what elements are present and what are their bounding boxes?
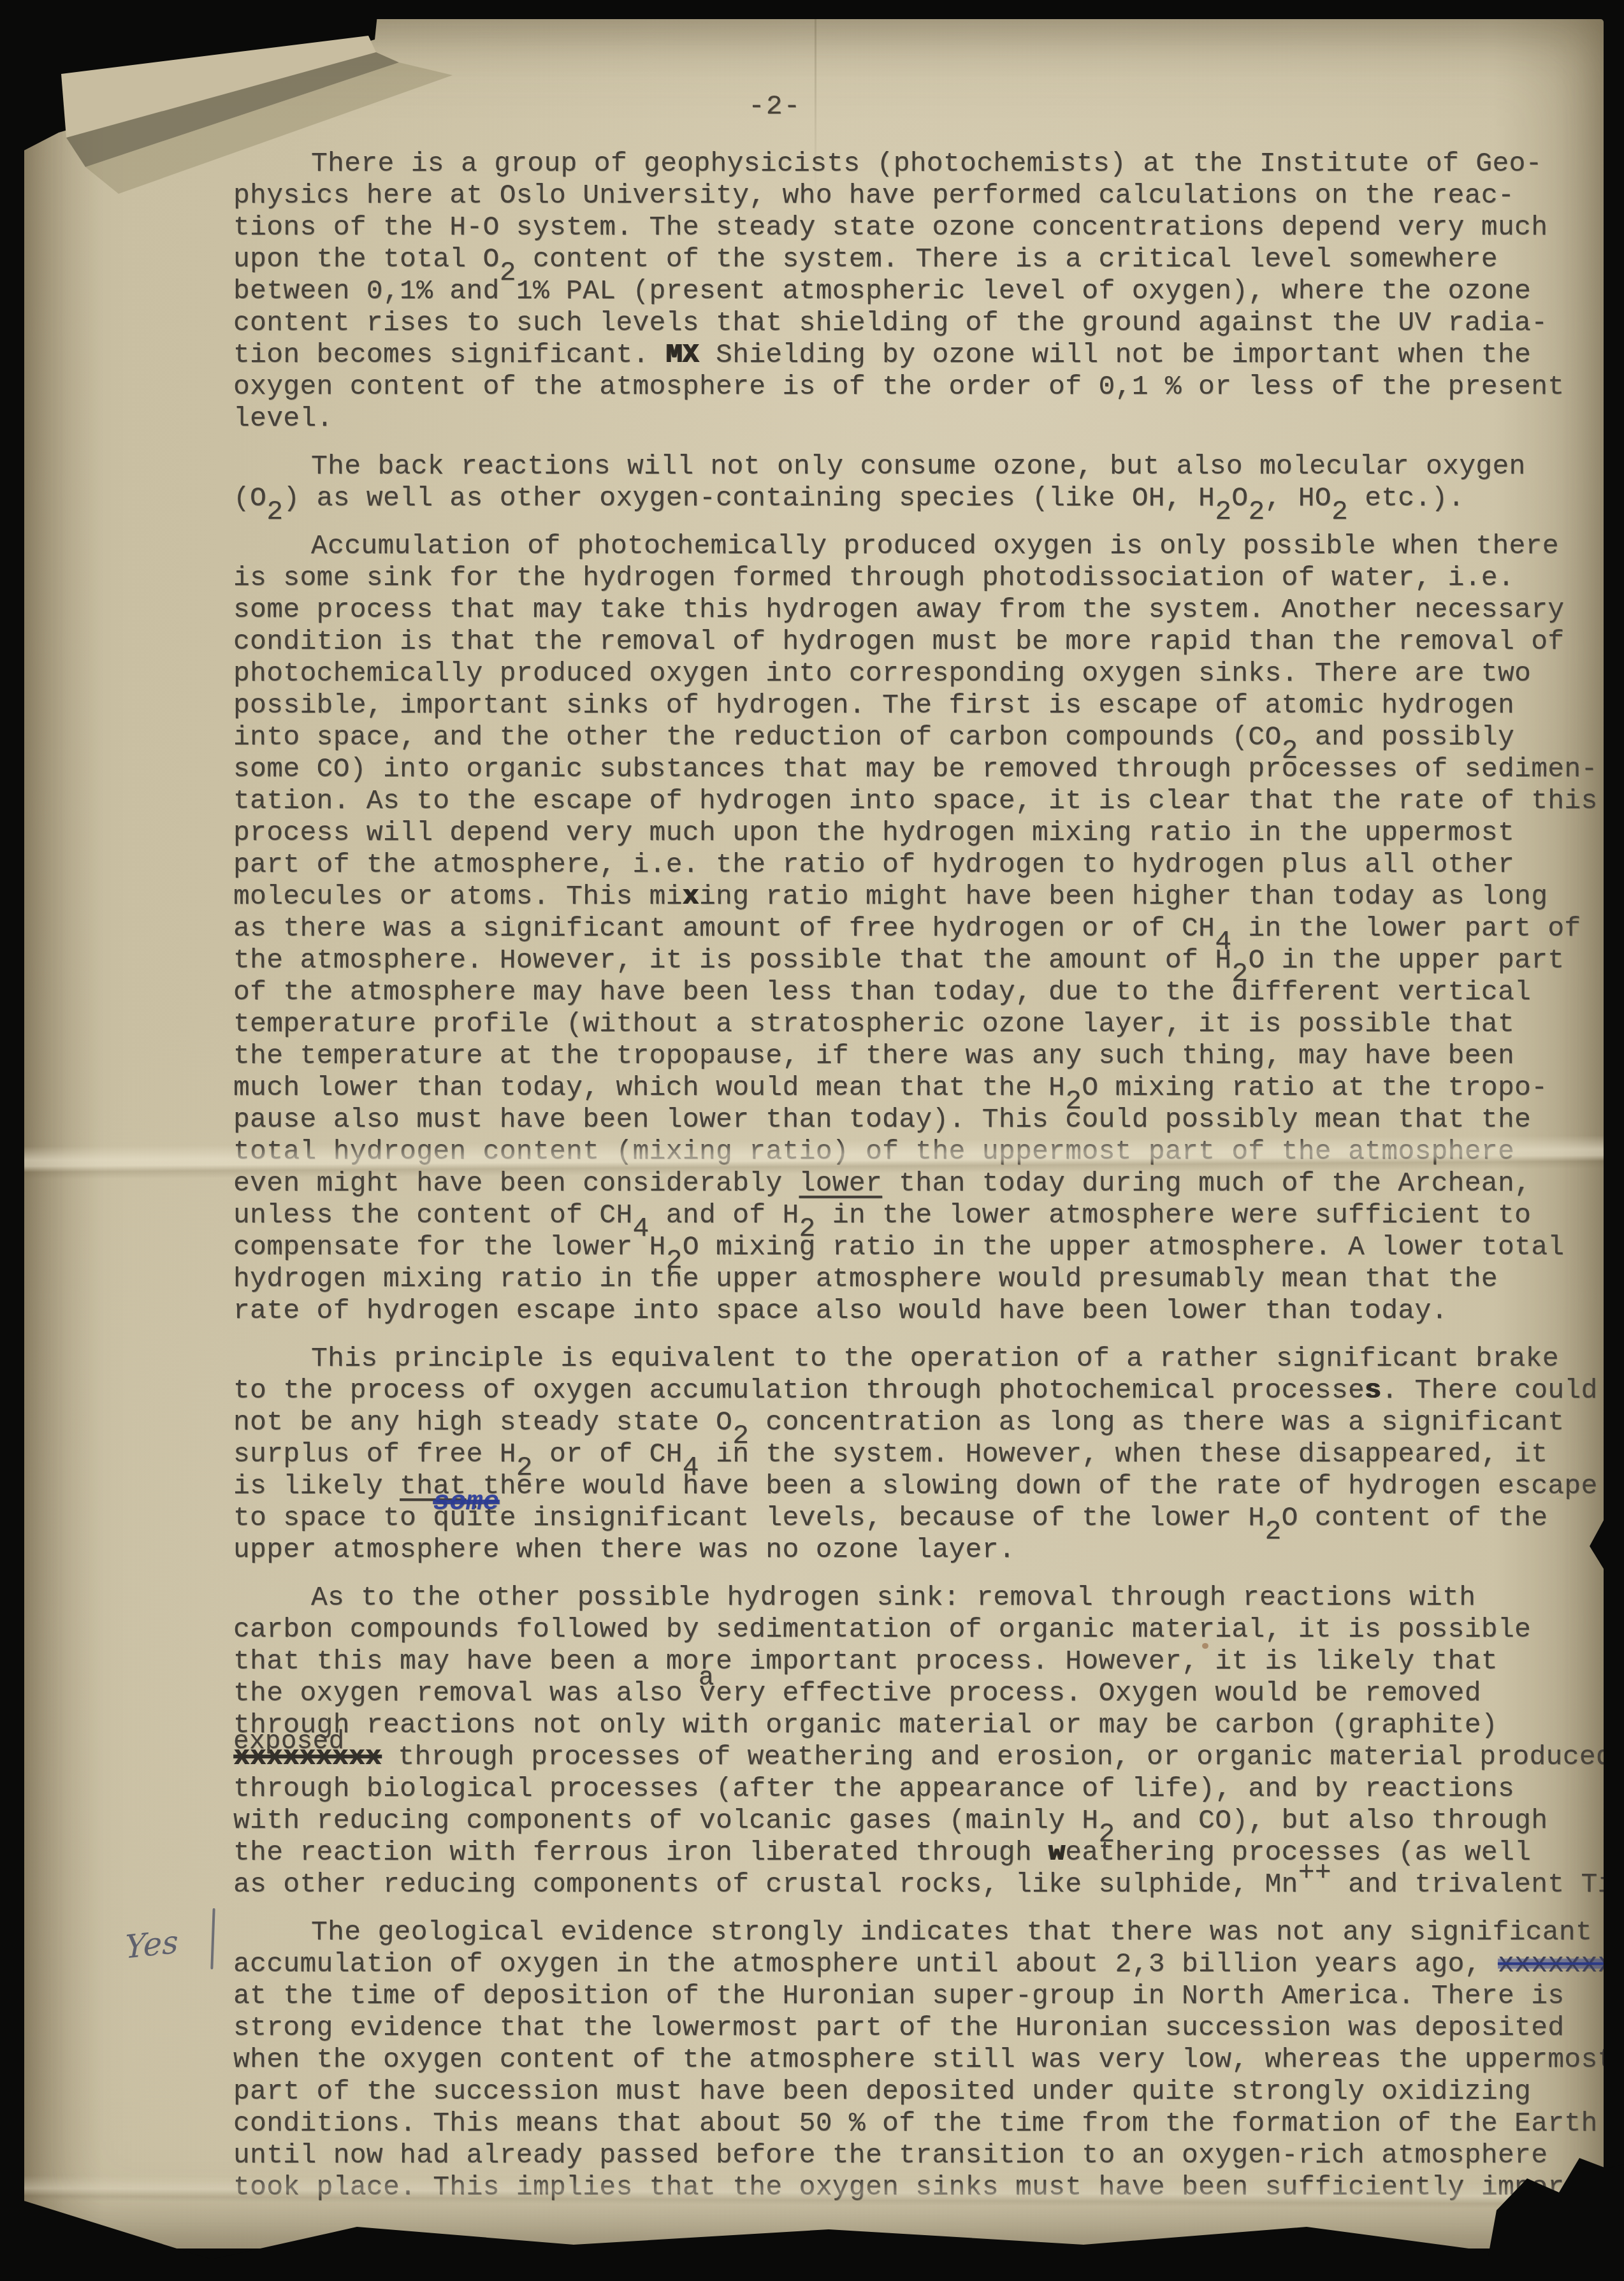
text-run: (O [233, 482, 266, 514]
text-line: of the atmosphere may have been less tha… [233, 976, 1604, 1008]
text-run: at the time of deposition of the Huronia… [233, 1980, 1564, 2011]
text-run: the reaction with ferrous iron liberated… [233, 1837, 1048, 1868]
text-line: surplus of free H2 or of CH4 in the syst… [233, 1438, 1604, 1470]
text-run: O in the upper part [1248, 945, 1564, 976]
text-run: condition is that the removal of hydroge… [233, 626, 1564, 657]
text-run: temperature profile (without a stratosph… [233, 1008, 1514, 1039]
subscript: 2 [1231, 958, 1248, 989]
text-line: into space, and the other the reduction … [233, 721, 1604, 753]
text-run: upper atmosphere when there was no ozone… [233, 1534, 1015, 1565]
text-run: photochemically produced oxygen into cor… [233, 658, 1531, 689]
text-line: rate of hydrogen escape into space also … [233, 1295, 1604, 1327]
text-line: the temperature at the tropopause, if th… [233, 1040, 1604, 1072]
overtyped-char: MX [666, 339, 699, 370]
text-run: . There could [1381, 1375, 1597, 1406]
text-line: pause also must have been lower than tod… [233, 1104, 1604, 1136]
subscript: 4 [1215, 926, 1231, 957]
text-run: concentration as long as there was a sig… [749, 1407, 1564, 1438]
text-line: through reactions not only with organic … [233, 1709, 1604, 1741]
text-line: accumulation of oxygen in the atmosphere… [233, 1948, 1604, 1980]
text-line: part of the succession must have been de… [233, 2076, 1604, 2108]
text-run: and possibly [1298, 721, 1514, 753]
subscript: 2 [1215, 496, 1231, 527]
text-line: This principle is equivalent to the oper… [233, 1343, 1604, 1375]
text-line: level. [233, 403, 1604, 435]
text-run: into space, and the other the reduction … [233, 721, 1282, 753]
text-line: carbon compounds followed by sedimentati… [233, 1614, 1604, 1646]
text-run: as other reducing components of crustal … [233, 1869, 1298, 1900]
text-run: part of the atmosphere, i.e. the ratio o… [233, 849, 1514, 880]
subscript: 2 [516, 1452, 533, 1483]
text-line: There is a group of geophysicists (photo… [233, 148, 1604, 180]
text-run: physics here at Oslo University, who hav… [233, 180, 1514, 211]
text-line: as there was a significant amount of fre… [233, 913, 1604, 945]
paper-page: -2- There is a group of geophysicists (p… [24, 19, 1604, 2248]
text-run: to the process of oxygen accumulation th… [233, 1375, 1365, 1406]
subscript: 2 [1248, 496, 1265, 527]
margin-pen-stroke [210, 1908, 215, 1969]
text-line: The geological evidence strongly indicat… [233, 1916, 1604, 1948]
text-run: there would have been a slowing down of … [466, 1470, 1597, 1502]
text-run: ing ratio might have been higher than to… [699, 881, 1548, 912]
text-line: photochemically produced oxygen into cor… [233, 658, 1604, 690]
text-line: hydrogen mixing ratio in the upper atmos… [233, 1263, 1604, 1295]
text-line: not be any high steady state O2 concentr… [233, 1407, 1604, 1438]
text-run: surplus of free H [233, 1438, 516, 1470]
text-run: content of the system. There is a critic… [516, 243, 1498, 275]
paragraph: The back reactions will not only consume… [233, 451, 1604, 514]
document-text: There is a group of geophysicists (photo… [233, 148, 1604, 2203]
text-run: through processes of weathering and eros… [381, 1741, 1604, 1772]
text-run: oxygen content of the atmosphere is of t… [233, 371, 1564, 402]
text-run: As to the other possible hydrogen sink: … [311, 1582, 1475, 1613]
text-run: to space to [233, 1502, 433, 1533]
text-run: as there was a significant amount of fre… [233, 913, 1215, 944]
text-line: tation. As to the escape of hydrogen int… [233, 785, 1604, 817]
text-run: process will depend very much upon the h… [233, 817, 1514, 848]
underlined-word: lower [799, 1168, 883, 1199]
subscript: 2 [666, 1245, 683, 1276]
text-run: that this may have been a more important… [233, 1646, 1498, 1677]
subscript: 2 [1098, 1818, 1115, 1850]
text-run: content rises to such levels that shield… [233, 307, 1548, 338]
text-line: is some sink for the hydrogen formed thr… [233, 562, 1604, 594]
text-line: through biological processes (after the … [233, 1773, 1604, 1805]
text-run: through biological processes (after the … [233, 1773, 1514, 1804]
ink-struck-word: xxxxxxx [1498, 1948, 1604, 1980]
text-line: possible, important sinks of hydrogen. T… [233, 690, 1604, 721]
text-run: some CO) into organic substances that ma… [233, 753, 1598, 785]
text-line: As to the other possible hydrogen sink: … [233, 1582, 1604, 1614]
text-line: process will depend very much upon the h… [233, 817, 1604, 849]
text-run: The geological evidence strongly indicat… [311, 1916, 1592, 1948]
subscript: 2 [1331, 496, 1348, 527]
text-line: strong evidence that the lowermost part … [233, 2012, 1604, 2044]
text-run: the atmosphere. However, it is possible … [233, 945, 1231, 976]
text-run: when the oxygen content of the atmospher… [233, 2044, 1604, 2075]
text-line: unless the content of CH4 and of H2 in t… [233, 1199, 1604, 1231]
overtyped-char: s [1365, 1375, 1381, 1406]
text-run: hydrogen mixing ratio in the upper atmos… [233, 1263, 1498, 1294]
text-run: total hydrogen content (mixing ratio) of… [233, 1136, 1514, 1167]
text-line: some process that may take this hydrogen… [233, 594, 1604, 626]
text-run: pause also must have been lower than tod… [233, 1104, 1531, 1135]
text-run: There is a group of geophysicists (photo… [311, 148, 1542, 179]
text-run: The back reactions will not only consume… [311, 451, 1526, 482]
text-line: to the process of oxygen accumulation th… [233, 1375, 1604, 1407]
text-line: much lower than today, which would mean … [233, 1072, 1604, 1104]
text-line: the oxygen removal was also a very effec… [233, 1677, 1604, 1709]
text-line: content rises to such levels that shield… [233, 307, 1604, 339]
text-run: or of CH [533, 1438, 683, 1470]
text-run: unless the content of CH [233, 1199, 633, 1231]
text-run: carbon compounds followed by sedimentati… [233, 1614, 1531, 1645]
text-run: O [1231, 482, 1248, 514]
text-run: level. [233, 403, 333, 434]
text-run: much lower than today, which would mean … [233, 1072, 1065, 1103]
text-run: This principle is equivalent to the oper… [311, 1343, 1559, 1374]
text-line: upon the total O2 content of the system.… [233, 243, 1604, 275]
overtyped-char: x [683, 881, 699, 912]
subscript: 2 [732, 1420, 749, 1451]
text-run: in the system. However, when these disap… [699, 1438, 1548, 1470]
subscript: 2 [1065, 1085, 1082, 1117]
text-line: oxygen content of the atmosphere is of t… [233, 371, 1604, 403]
text-line: between 0,1% and 1% PAL (present atmosph… [233, 275, 1604, 307]
text-line: as other reducing components of crustal … [233, 1869, 1604, 1901]
text-line: to space to somequite insignificant leve… [233, 1502, 1604, 1534]
text-line: physics here at Oslo University, who hav… [233, 180, 1604, 212]
handwritten-margin-note: Yes [125, 1923, 178, 1966]
text-run: rate of hydrogen escape into space also … [233, 1295, 1448, 1326]
text-run: compensate for the lower H [233, 1231, 666, 1263]
page-number: -2- [748, 91, 801, 122]
text-run: molecules or atoms. This mi [233, 881, 683, 912]
text-line: with reducing components of volcanic gas… [233, 1805, 1604, 1837]
text-run: upon the total O [233, 243, 500, 275]
text-run: of the atmosphere may have been less tha… [233, 976, 1531, 1008]
text-run: Shielding by ozone will not be important… [699, 339, 1531, 370]
text-run: , HO [1265, 482, 1331, 514]
text-run: is likely [233, 1470, 400, 1502]
text-line: molecules or atoms. This mixing ratio mi… [233, 881, 1604, 913]
text-line: even might have been considerably lower … [233, 1168, 1604, 1199]
text-run: in the lower atmosphere were sufficient … [816, 1199, 1531, 1231]
text-line: temperature profile (without a stratosph… [233, 1008, 1604, 1040]
text-run: strong evidence that the lowermost part … [233, 2012, 1564, 2043]
text-run: until now had already passed before the … [233, 2140, 1548, 2171]
paragraph: There is a group of geophysicists (photo… [233, 148, 1604, 435]
superscript: ++ [1298, 1857, 1331, 1888]
text-run: quite insignificant levels, because of t… [433, 1502, 1265, 1533]
text-run: with reducing components of volcanic gas… [233, 1805, 1098, 1836]
text-run: possible, important sinks of hydrogen. T… [233, 690, 1514, 721]
text-run: is some sink for the hydrogen formed thr… [233, 562, 1514, 593]
text-run: part of the succession must have been de… [233, 2076, 1531, 2107]
text-run: Accumulation of photochemically produced… [311, 530, 1559, 561]
text-line: took place. This implies that the oxygen… [233, 2171, 1604, 2203]
text-run: between 0,1% and 1% PAL (present atmosph… [233, 275, 1531, 307]
overtyped-char: w [1048, 1837, 1065, 1868]
text-run: etc.). [1348, 482, 1465, 514]
subscript: 2 [266, 496, 283, 527]
text-line: at the time of deposition of the Huronia… [233, 1980, 1604, 2012]
text-run: and CO), but also through [1115, 1805, 1548, 1836]
text-run: O content of the [1282, 1502, 1548, 1533]
subscript: 2 [1282, 735, 1298, 766]
text-line: The back reactions will not only consume… [233, 451, 1604, 482]
paragraph: The geological evidence strongly indicat… [233, 1916, 1604, 2203]
text-line: when the oxygen content of the atmospher… [233, 2044, 1604, 2076]
paragraph: As to the other possible hydrogen sink: … [233, 1582, 1604, 1901]
subscript: 4 [633, 1213, 649, 1244]
text-run: very effective process. Oxygen would be … [683, 1677, 1481, 1709]
text-run: than today during much of the Archean, [882, 1168, 1531, 1199]
paragraph: Accumulation of photochemically produced… [233, 530, 1604, 1327]
text-line: the reaction with ferrous iron liberated… [233, 1837, 1604, 1869]
text-run: ) as well as other oxygen-containing spe… [283, 482, 1215, 514]
text-line: until now had already passed before the … [233, 2140, 1604, 2171]
text-line: total hydrogen content (mixing ratio) of… [233, 1136, 1604, 1168]
paragraph: This principle is equivalent to the oper… [233, 1343, 1604, 1566]
scanned-document-photo: { "page": { "number": "-2-", "margin_not… [0, 0, 1624, 2281]
text-run: O mixing ratio at the tropo- [1082, 1072, 1548, 1103]
text-run: not be any high steady state O [233, 1407, 732, 1438]
text-run: and trivalent Ti). [1331, 1869, 1604, 1900]
text-line: tion becomes significant. MX Shielding b… [233, 339, 1604, 371]
text-run: tion becomes significant. [233, 339, 666, 370]
text-line: upper atmosphere when there was no ozone… [233, 1534, 1604, 1566]
text-run: in the lower part of [1231, 913, 1581, 944]
subscript: 4 [683, 1452, 699, 1483]
text-line: some CO) into organic substances that ma… [233, 753, 1604, 785]
text-line: the atmosphere. However, it is possible … [233, 945, 1604, 976]
text-line: tions of the H-O system. The steady stat… [233, 212, 1604, 243]
subscript: 2 [1265, 1516, 1281, 1547]
text-line: (O2) as well as other oxygen-containing … [233, 482, 1604, 514]
text-line: part of the atmosphere, i.e. the ratio o… [233, 849, 1604, 881]
subscript: 2 [500, 257, 516, 288]
text-run: even might have been considerably [233, 1168, 799, 1199]
text-line: compensate for the lower H2O mixing rati… [233, 1231, 1604, 1263]
text-run: the temperature at the tropopause, if th… [233, 1040, 1514, 1071]
text-run: through reactions not only with organic … [233, 1709, 1498, 1741]
text-run: conditions. This means that about 50 % o… [233, 2108, 1598, 2139]
text-line: exposedxxxxxxxxx through processes of we… [233, 1741, 1604, 1773]
text-run: accumulation of oxygen in the atmosphere… [233, 1948, 1498, 1980]
text-line: conditions. This means that about 50 % o… [233, 2108, 1604, 2140]
text-run: the oxygen removal was also [233, 1677, 683, 1709]
subscript: 2 [799, 1213, 816, 1244]
text-run: tation. As to the escape of hydrogen int… [233, 785, 1598, 816]
text-line: Accumulation of photochemically produced… [233, 530, 1604, 562]
text-line: condition is that the removal of hydroge… [233, 626, 1604, 658]
text-run: tions of the H-O system. The steady stat… [233, 212, 1548, 243]
text-run: took place. This implies that the oxygen… [233, 2171, 1564, 2203]
text-run: some process that may take this hydrogen… [233, 594, 1564, 625]
text-run: and of H [649, 1199, 799, 1231]
text-line: that this may have been a more important… [233, 1646, 1604, 1677]
